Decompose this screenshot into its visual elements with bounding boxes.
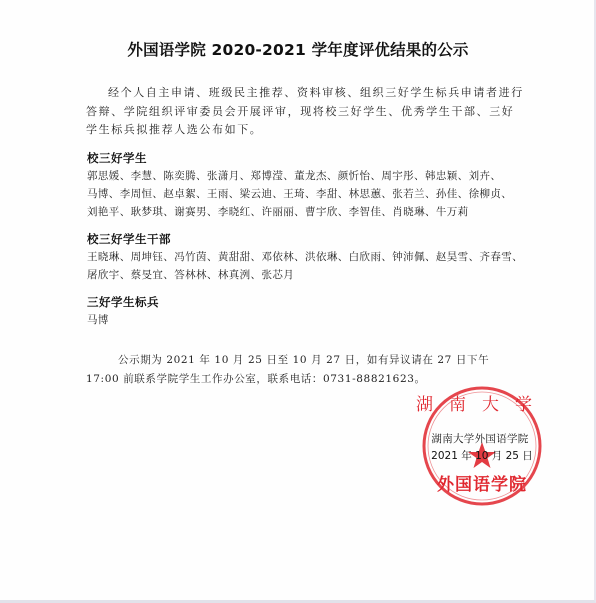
person-name: 林真洌、 <box>218 269 262 281</box>
person-name: 黄甜甜、 <box>218 251 262 263</box>
person-name: 李晓红、 <box>218 206 262 218</box>
signature-date: 2021 年 10 月 25 日 <box>412 448 552 463</box>
person-name: 李周恒、 <box>120 188 164 200</box>
person-name: 韩忠颖、 <box>425 170 469 182</box>
section-student-cadres: 校三好学生干部 王晓琳、​周坤钰、​冯竹茵、​黄甜甜、​邓依林、​洪依琳、​白欣… <box>87 231 527 284</box>
person-name: 马博 <box>87 314 109 326</box>
person-name: 肖晓琳、 <box>392 206 436 218</box>
person-name: 蔡旻宜、 <box>131 269 175 281</box>
person-name: 刘卉、 <box>469 170 502 182</box>
intro-paragraph: 经个人自主申请、班级民主推荐、资料审核、组织三好学生标兵申请者进行答辩、学院组织… <box>86 84 526 140</box>
person-name: 周宇彤、 <box>381 170 425 182</box>
section-model-students: 三好学生标兵 马博​ <box>87 294 527 329</box>
person-name: 李智佳、 <box>349 206 393 218</box>
section-school-merit-students: 校三好学生 郭思媛、​李慧、​陈奕腾、​张潇月、​郑博滢、​董龙杰、​颜忻怡、​… <box>87 150 527 221</box>
seal-center-text: 外国语学院 <box>412 470 552 495</box>
section-heading: 三好学生标兵 <box>87 294 527 311</box>
person-name: 梁云迪、 <box>240 188 284 200</box>
person-name: 王晓琳、 <box>87 251 131 263</box>
person-name: 孙佳、 <box>436 188 469 200</box>
document-page: 外国语学院 2020-2021 学年度评优结果的公示 经个人自主申请、班级民主推… <box>0 0 596 603</box>
person-name: 钟沛佩、 <box>392 251 436 263</box>
person-name: 王琦、 <box>283 188 316 200</box>
person-name: 白欣雨、 <box>349 251 393 263</box>
person-name: 许丽丽、 <box>261 206 305 218</box>
person-name: 郭思媛、 <box>87 170 131 182</box>
person-name: 徐柳贞、 <box>469 188 513 200</box>
person-name: 张若兰、 <box>392 188 436 200</box>
person-name: 郑博滢、 <box>251 170 295 182</box>
person-name: 张潇月、 <box>207 170 251 182</box>
section-heading: 校三好学生 <box>87 150 527 167</box>
person-name: 刘艳平、 <box>87 206 131 218</box>
person-name: 林思蕙、 <box>349 188 393 200</box>
person-name: 颜忻怡、 <box>338 170 382 182</box>
person-name: 周坤钰、 <box>131 251 175 263</box>
person-name: 屠欣宇、 <box>87 269 131 281</box>
person-name: 李甜、 <box>316 188 349 200</box>
person-name: 赵卓絮、 <box>163 188 207 200</box>
person-name: 马博、 <box>87 188 120 200</box>
person-name: 邓依林、 <box>261 251 305 263</box>
signature-organization: 湖南大学外国语学院 <box>402 431 558 446</box>
person-name: 牛万莉 <box>436 206 469 218</box>
person-name: 答林林、 <box>174 269 218 281</box>
document-title: 外国语学院 2020-2021 学年度评优结果的公示 <box>0 38 596 60</box>
person-name: 谢赛男、 <box>174 206 218 218</box>
person-name: 李慧、 <box>131 170 164 182</box>
person-name: 赵昊雪、 <box>436 251 480 263</box>
person-name: 董龙杰、 <box>294 170 338 182</box>
official-seal: 湖南大学 湖南大学外国语学院 2021 年 10 月 25 日 外国语学院 <box>412 384 552 510</box>
seal-top-text: 湖南大学 <box>412 390 552 415</box>
person-name: 耿梦琪、 <box>131 206 175 218</box>
person-name: 王雨、 <box>207 188 240 200</box>
person-name: 张芯月 <box>261 269 294 281</box>
person-name: 曹宇欣、 <box>305 206 349 218</box>
person-name: 冯竹茵、 <box>174 251 218 263</box>
person-name: 齐春雪、 <box>479 251 523 263</box>
name-list: 马博​ <box>87 311 527 329</box>
name-list: 王晓琳、​周坤钰、​冯竹茵、​黄甜甜、​邓依林、​洪依琳、​白欣雨、​钟沛佩、​… <box>87 248 527 284</box>
person-name: 洪依琳、 <box>305 251 349 263</box>
person-name: 陈奕腾、 <box>163 170 207 182</box>
section-heading: 校三好学生干部 <box>87 231 527 248</box>
name-list: 郭思媛、​李慧、​陈奕腾、​张潇月、​郑博滢、​董龙杰、​颜忻怡、​周宇彤、​韩… <box>87 167 527 221</box>
